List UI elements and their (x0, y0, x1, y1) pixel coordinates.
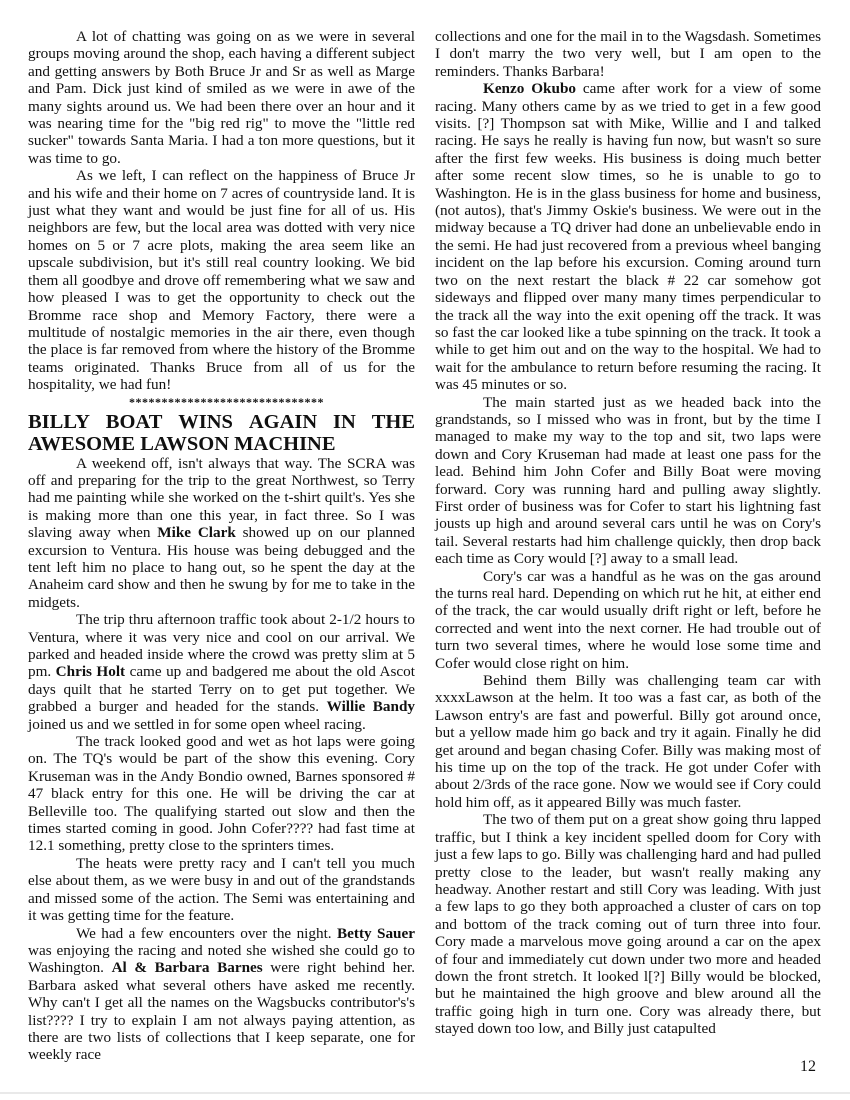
paragraph: The track looked good and wet as hot lap… (28, 733, 415, 855)
person-name: Betty Sauer (337, 925, 415, 942)
paragraph: As we left, I can reflect on the happine… (28, 167, 415, 393)
paragraph: A weekend off, isn't always that way. Th… (28, 455, 415, 612)
paragraph: The heats were pretty racy and I can't t… (28, 855, 415, 925)
person-name: Kenzo Okubo (483, 80, 576, 97)
right-column: collections and one for the mail in to t… (435, 28, 821, 1038)
headline-line-2: AWESOME LAWSON MACHINE (28, 433, 415, 455)
person-name: Al & Barbara Barnes (112, 959, 263, 976)
paragraph: The trip thru afternoon traffic took abo… (28, 611, 415, 733)
person-name: Mike Clark (157, 524, 236, 541)
paragraph: Behind them Billy was challenging team c… (435, 672, 821, 811)
headline-line-1: BILLY BOAT WINS AGAIN IN THE (28, 411, 415, 433)
person-name: Willie Bandy (327, 698, 415, 715)
headline-word: THE (372, 411, 415, 433)
section-divider: ****************************** (28, 395, 415, 409)
person-name: Chris Holt (56, 663, 125, 680)
headline-word: WINS (178, 411, 233, 433)
headline-word: IN (333, 411, 356, 433)
headline-word: BILLY (28, 411, 90, 433)
scan-edge-line (0, 1092, 850, 1094)
article-headline: BILLY BOAT WINS AGAIN IN THE AWESOME LAW… (28, 411, 415, 455)
paragraph: Cory's car was a handful as he was on th… (435, 568, 821, 672)
paragraph: We had a few encounters over the night. … (28, 925, 415, 1064)
page-number: 12 (800, 1058, 816, 1076)
paragraph: The main started just as we headed back … (435, 394, 821, 568)
paragraph: A lot of chatting was going on as we wer… (28, 28, 415, 167)
headline-word: AGAIN (249, 411, 317, 433)
paragraph: collections and one for the mail in to t… (435, 28, 821, 80)
paragraph: Kenzo Okubo came after work for a view o… (435, 80, 821, 393)
document-page: A lot of chatting was going on as we wer… (0, 0, 850, 1100)
left-column: A lot of chatting was going on as we wer… (28, 28, 415, 1064)
headline-word: BOAT (106, 411, 163, 433)
paragraph: The two of them put on a great show goin… (435, 811, 821, 1037)
